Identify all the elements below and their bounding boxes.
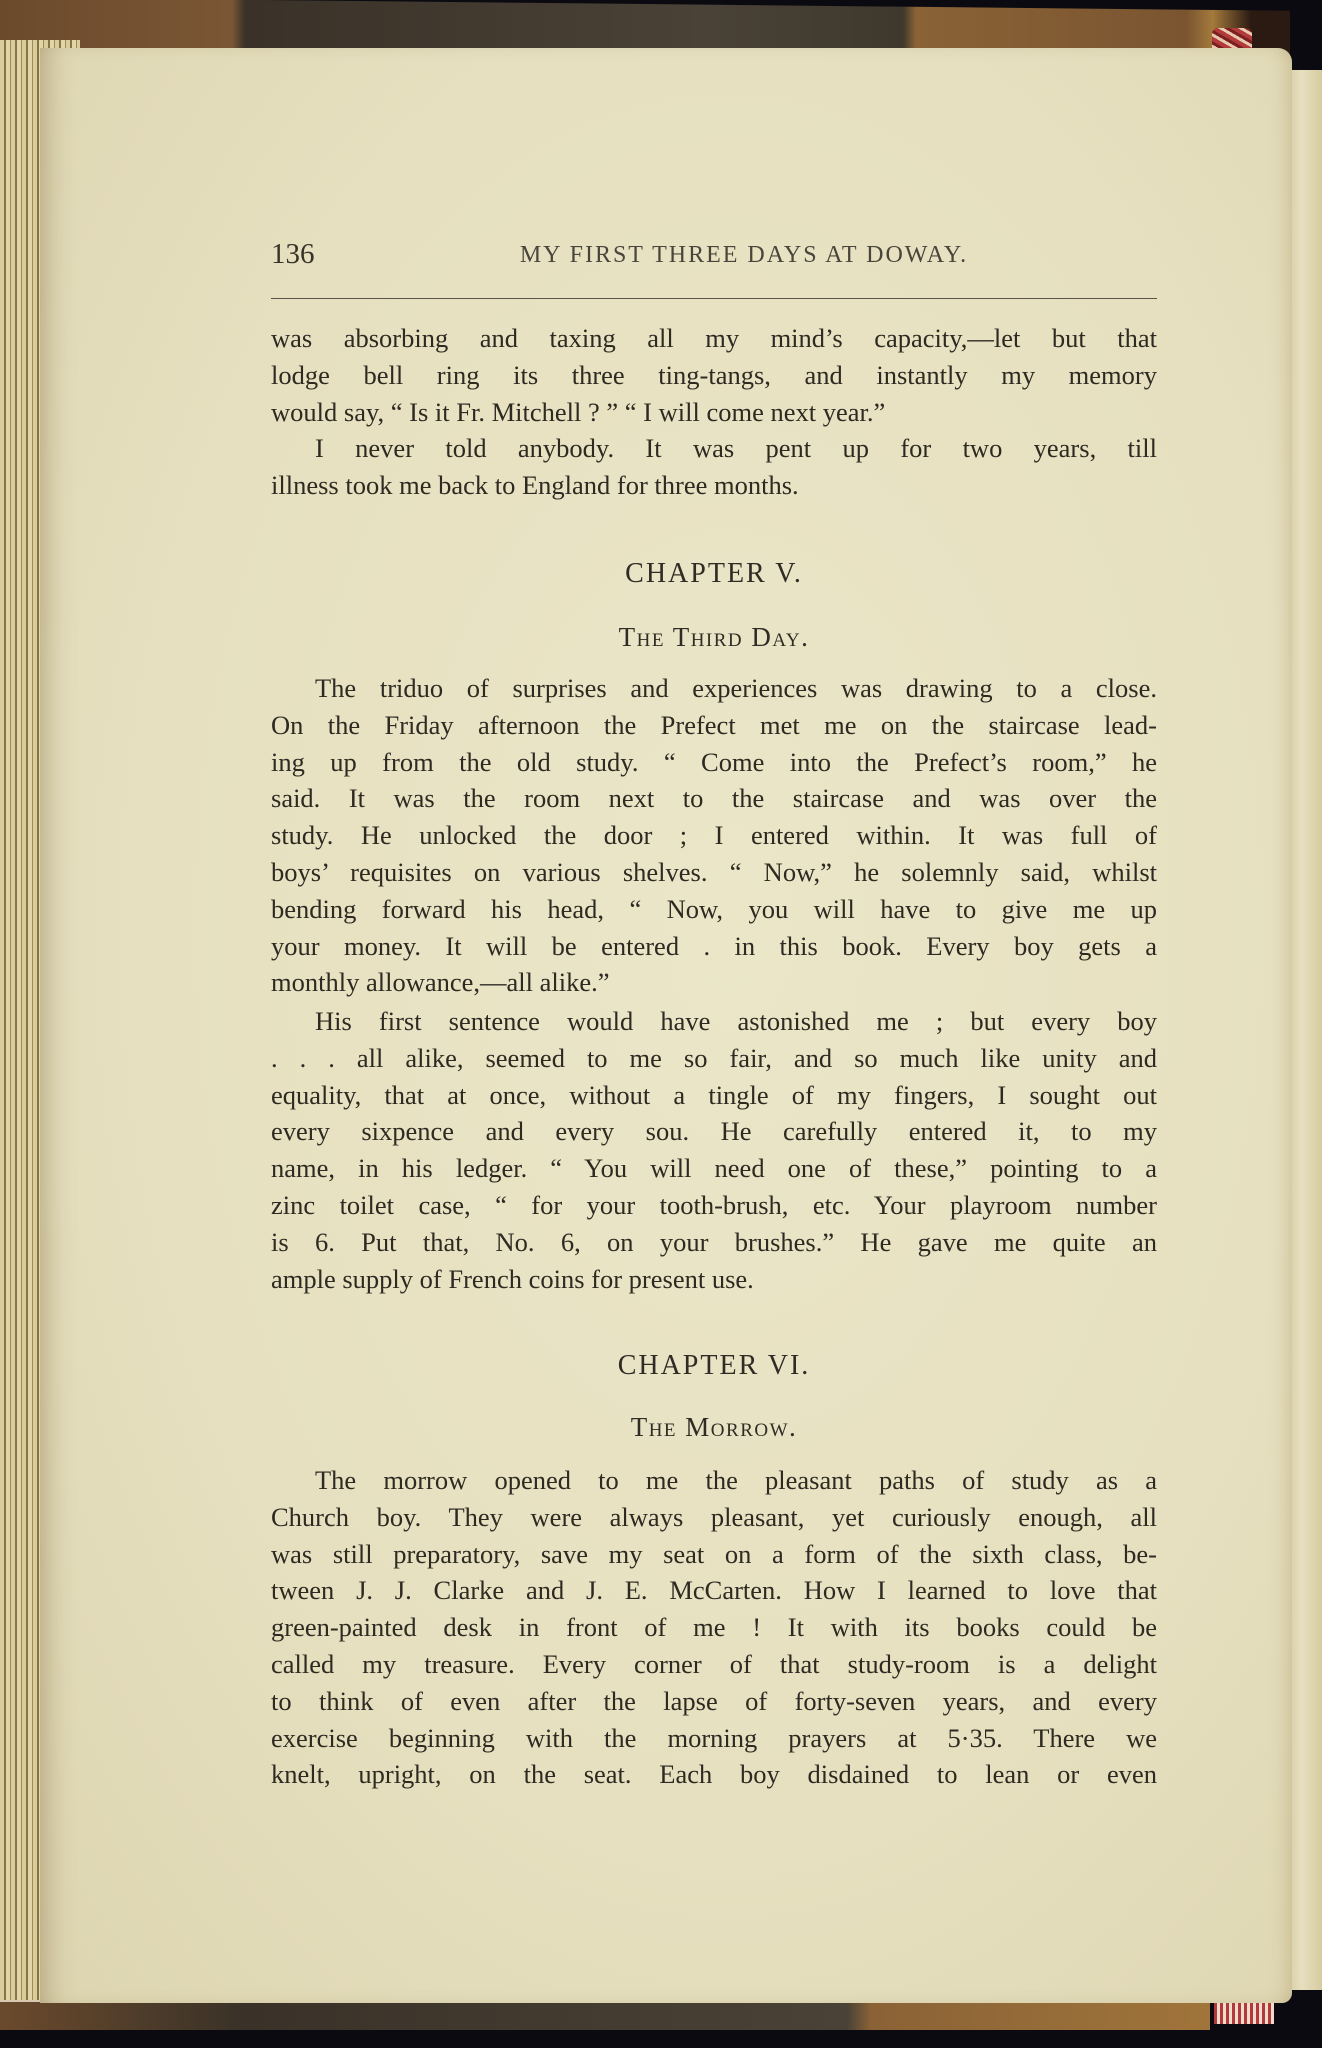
- book-cover-bottom: [0, 2000, 1210, 2030]
- chapter-heading: CHAPTER V.: [271, 558, 1157, 590]
- bookmark-ribbon-bottom: [1214, 2002, 1274, 2024]
- text-line: exercise beginning with the morning pray…: [271, 1720, 1157, 1757]
- text-line: equality, that at once, without a tingle…: [271, 1077, 1157, 1114]
- text-line: name, in his ledger. “ You will need one…: [271, 1150, 1157, 1187]
- chapter-title: The Third Day.: [271, 622, 1157, 653]
- text-line: Church boy. They were always pleasant, y…: [271, 1499, 1157, 1536]
- text-line: knelt, upright, on the seat. Each boy di…: [271, 1756, 1157, 1793]
- text-line: ing up from the old study. “ Come into t…: [271, 744, 1157, 781]
- text-line: to think of even after the lapse of fort…: [271, 1683, 1157, 1720]
- text-line: I never told anybody. It was pent up for…: [271, 430, 1157, 467]
- text-line: bending forward his head, “ Now, you wil…: [271, 891, 1157, 928]
- running-head-title: MY FIRST THREE DAYS AT DOWAY.: [271, 242, 1157, 269]
- header-rule: [271, 298, 1157, 299]
- running-head: 136 MY FIRST THREE DAYS AT DOWAY.: [271, 238, 1157, 278]
- chapter-heading: CHAPTER VI.: [271, 1350, 1157, 1382]
- text-line: ample supply of French coins for present…: [271, 1261, 1157, 1298]
- text-line: His first sentence would have astonished…: [271, 1003, 1157, 1040]
- text-line: tween J. J. Clarke and J. E. McCarten. H…: [271, 1572, 1157, 1609]
- text-line: your money. It will be entered . in this…: [271, 928, 1157, 965]
- text-line: The morrow opened to me the pleasant pat…: [271, 1462, 1157, 1499]
- text-line: would say, “ Is it Fr. Mitchell ? ” “ I …: [271, 394, 1157, 431]
- text-line: is 6. Put that, No. 6, on your brushes.”…: [271, 1224, 1157, 1261]
- text-line: called my treasure. Every corner of that…: [271, 1646, 1157, 1683]
- text-line: illness took me back to England for thre…: [271, 467, 1157, 504]
- text-line: The triduo of surprises and experiences …: [271, 670, 1157, 707]
- chapter-paragraph: The morrow opened to me the pleasant pat…: [271, 1462, 1157, 1793]
- text-line: lodge bell ring its three ting-tangs, an…: [271, 357, 1157, 394]
- continuation-paragraph-2: I never told anybody. It was pent up for…: [271, 430, 1157, 504]
- chapter-paragraph: The triduo of surprises and experiences …: [271, 670, 1157, 1001]
- page-gutter: [1288, 70, 1322, 1990]
- chapter-paragraph: His first sentence would have astonished…: [271, 1003, 1157, 1297]
- text-line: was still preparatory, save my seat on a…: [271, 1536, 1157, 1573]
- text-line: green-painted desk in front of me ! It w…: [271, 1609, 1157, 1646]
- text-line: monthly allowance,—all alike.”: [271, 964, 1157, 1001]
- text-line: boys’ requisites on various shelves. “ N…: [271, 854, 1157, 891]
- continuation-paragraph: was absorbing and taxing all my mind’s c…: [271, 320, 1157, 430]
- text-line: zinc toilet case, “ for your tooth-brush…: [271, 1187, 1157, 1224]
- chapter-title: The Morrow.: [271, 1412, 1157, 1443]
- text-line: said. It was the room next to the stairc…: [271, 780, 1157, 817]
- text-line: every sixpence and every sou. He careful…: [271, 1113, 1157, 1150]
- text-line: study. He unlocked the door ; I entered …: [271, 817, 1157, 854]
- text-line: . . . all alike, seemed to me so fair, a…: [271, 1040, 1157, 1077]
- text-line: On the Friday afternoon the Prefect met …: [271, 707, 1157, 744]
- text-line: was absorbing and taxing all my mind’s c…: [271, 320, 1157, 357]
